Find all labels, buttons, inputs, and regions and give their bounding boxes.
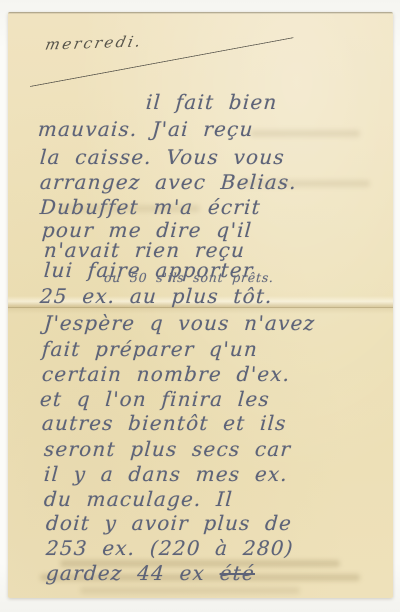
letter-line: arrangez avec Belias. [39,170,298,194]
letter-line: il fait bien [145,90,278,114]
letter-line: autres bientôt et ils [41,411,287,435]
letter-line: mauvais. J'ai reçu [37,117,254,141]
letter-line-last: gardez 44 ex été [45,561,256,585]
last-line-struck-word: été [219,561,256,585]
letter-photo: mercredi. il fait bien mauvais. J'ai reç… [0,0,400,612]
letter-line: certain nombre d'ex. [41,362,291,386]
letter-line: Dubuffet m'a écrit [39,195,262,219]
letter-line: J'espère q vous n'avez [43,311,316,335]
letter-line: la caisse. Vous vous [39,145,286,169]
interlined-note: ou 50 s'ils sont prêts. [104,271,275,285]
letter-line: 253 ex. (220 à 280) [45,536,294,560]
letter-line: du maculage. Il [43,487,234,511]
last-line-main: gardez 44 ex [45,561,206,585]
letter-line: 25 ex. au plus tôt. [39,284,273,308]
letter-line: doit y avoir plus de [45,511,293,535]
dateline-scribble: mercredi. [44,32,145,53]
paper-top-edge [8,12,393,14]
letter-line: il y a dans mes ex. [43,462,289,486]
letter-line: fait préparer q'un [41,337,259,361]
letter-line: et q l'on finira les [39,387,271,411]
letter-line: seront plus secs car [43,437,292,461]
